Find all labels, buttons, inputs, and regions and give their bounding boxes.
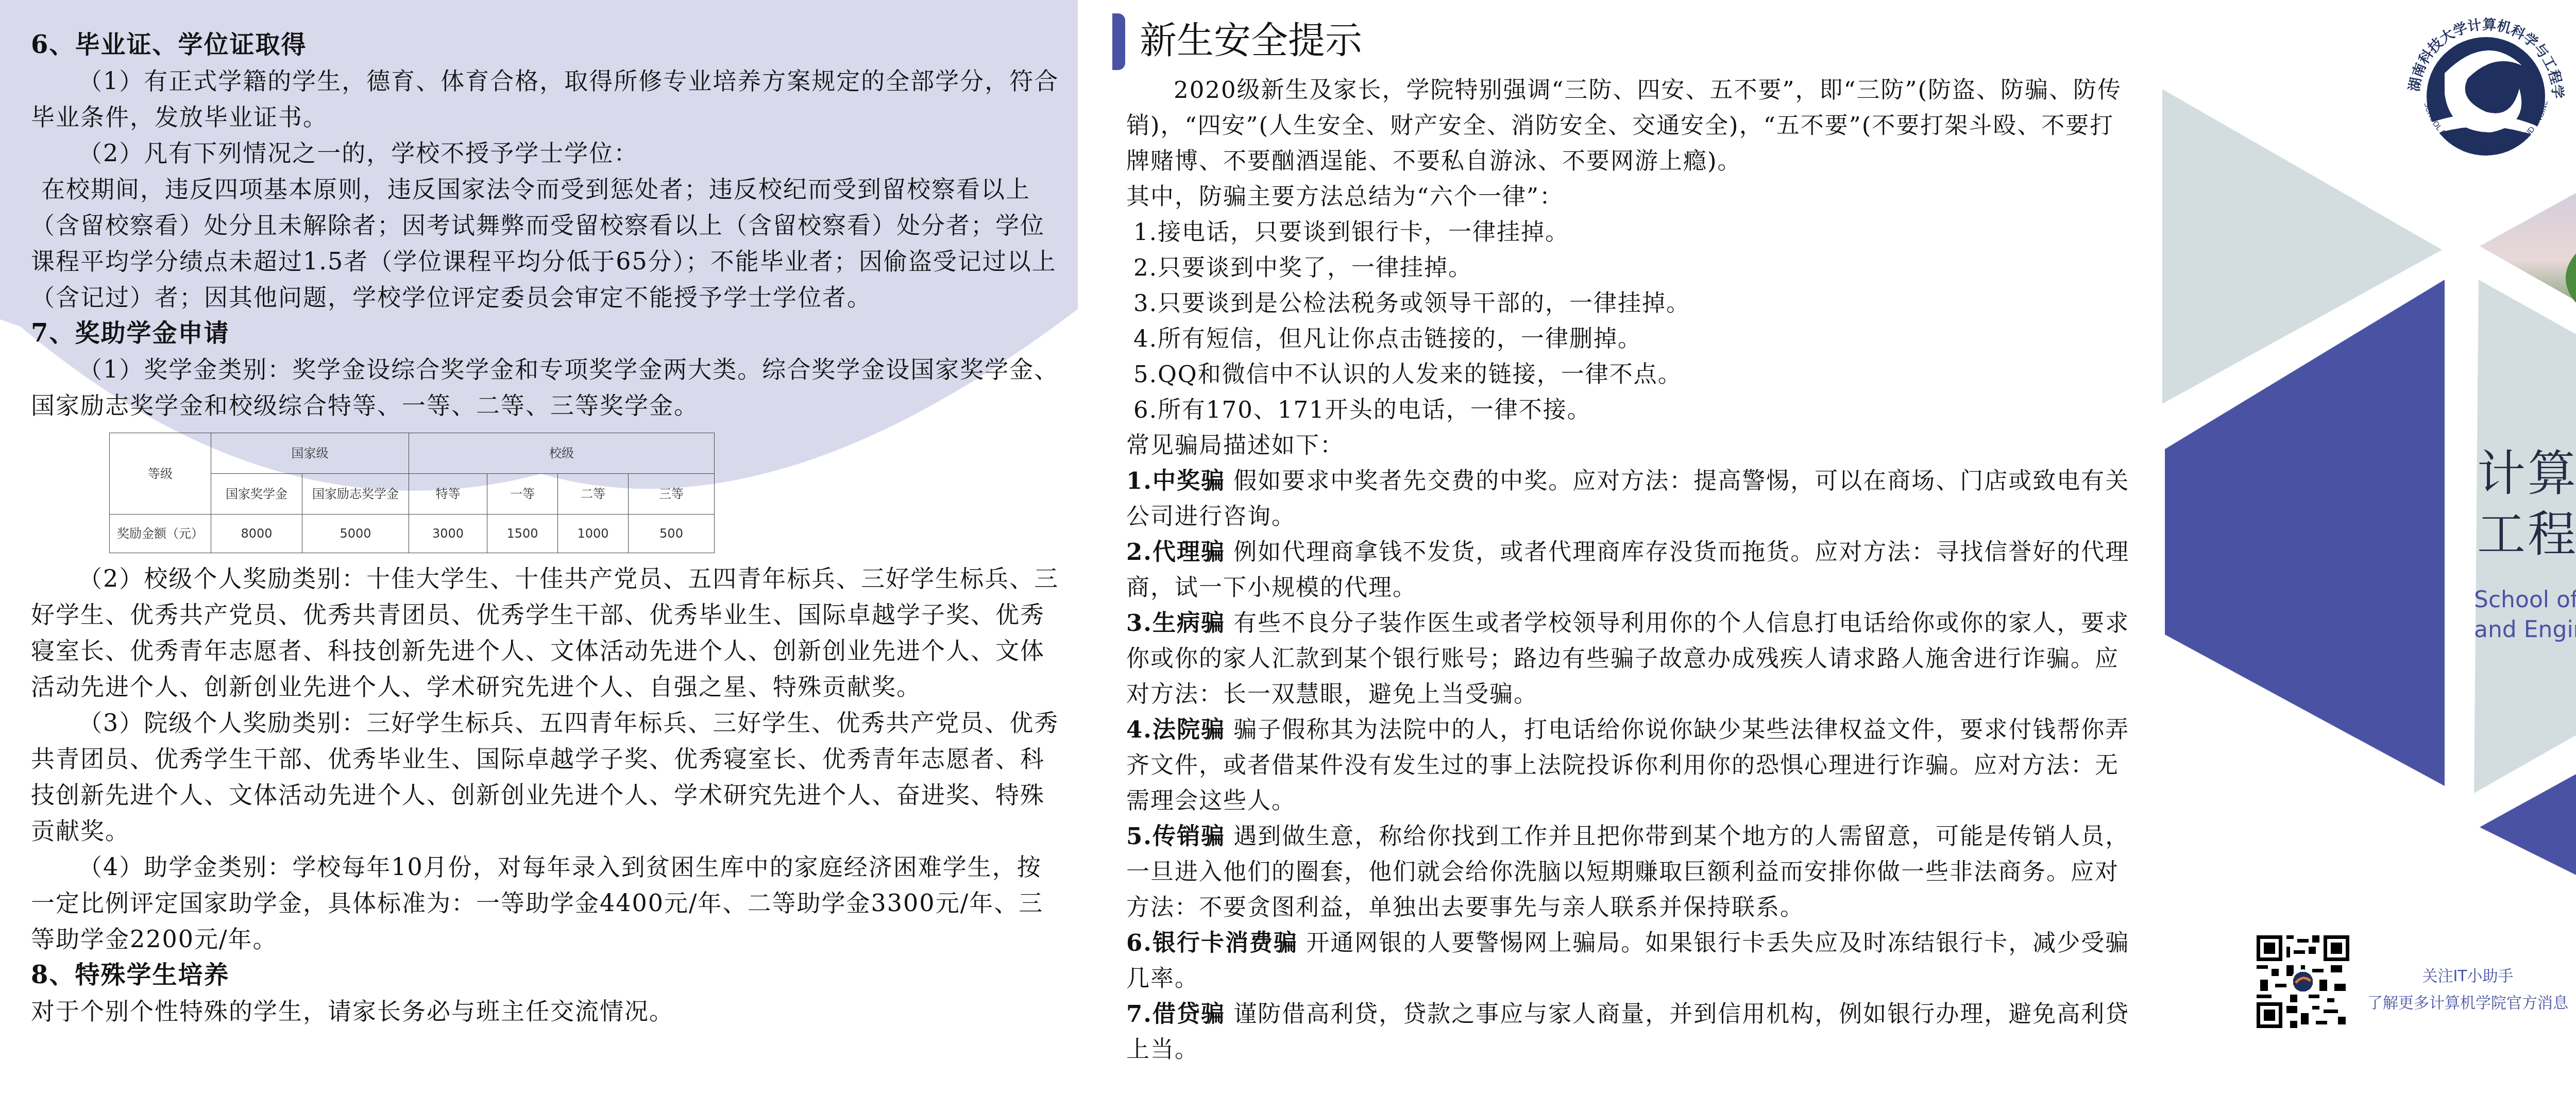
scam-item: 5.传销骗 遇到做生意，称给你找到工作并且把你带到某个地方的人需留意，可能是传销… [1126,818,2136,925]
scam-name: 2.代理骗 [1126,538,1225,566]
table-cell: 1500 [487,515,558,553]
scam-item: 3.生病骗 有些不良分子装作医生或者学校领导利用你的个人信息打电话给你或你的家人… [1126,605,2136,712]
section7-para2: （2）校级个人奖励类别：十佳大学生、十佳共产党员、五四青年标兵、三好学生标兵、三… [31,560,1061,705]
scam-name: 6.银行卡消费骗 [1126,929,1298,956]
scam-desc: 遇到做生意，称给你找到工作并且把你带到某个地方的人需留意，可能是传销人员，一旦进… [1126,823,2129,921]
school-name-cn: 计算机科学与 工程学院 [2477,444,2576,566]
table-cell: 3000 [409,515,487,553]
section6-para1: （1）有正式学籍的学生，德育、体育合格，取得所修专业培养方案规定的全部学分，符合… [31,63,1061,135]
scam-name: 1.中奖骗 [1126,467,1225,494]
scam-desc: 假如要求中奖者先交费的中奖。应对方法：提高警惕，可以在商场、门店或致电有关公司进… [1126,467,2129,530]
scam-name: 4.法院骗 [1126,716,1225,743]
scam-desc: 谨防借高利贷，贷款之事应与家人商量，并到信用机构，例如银行办理，避免高利贷上当。 [1126,1000,2129,1063]
table-col: 特等 [409,474,487,515]
scam-name: 5.传销骗 [1126,823,1225,850]
section7-para4: （4）助学金类别：学校每年10月份，对每年录入到贫困生库中的家庭经济困难学生，按… [31,849,1061,957]
table-cell: 500 [629,515,715,553]
section7-para1: （1）奖学金类别：奖学金设综合奖学金和专项奖学金两大类。综合奖学金设国家奖学金、… [31,351,1061,423]
school-name-en: School of Computer Science and Enginerin… [2474,585,2576,645]
table-col: 二等 [558,474,629,515]
section8-heading: 8、特殊学生培养 [31,957,1061,993]
scam-desc: 例如代理商拿钱不发货，或者代理商库存没货而拖货。应对方法：寻找信誉好的代理商，试… [1126,538,2129,601]
title-accent-bar [1112,13,1125,70]
list-item: 4.所有短信，但凡让你点击链接的，一律删掉。 [1126,321,2136,356]
table-cell: 8000 [211,515,302,553]
scam-item: 6.银行卡消费骗 开通网银的人要警惕网上骗局。如果银行卡丢失应及时冻结银行卡，减… [1126,925,2136,996]
qr-caption-learn-more: 了解更多计算机学院官方消息 [2360,990,2576,1013]
table-cell: 5000 [302,515,409,553]
list-item: 1.接电话，只要谈到银行卡，一律挂掉。 [1126,214,2136,250]
panel-graduation-scholarship: 6、毕业证、学位证取得 （1）有正式学籍的学生，德育、体育合格，取得所修专业培养… [0,0,1095,1095]
qr-caption-follow: 关注IT小助手 [2360,963,2576,986]
table-cell: 1000 [558,515,629,553]
list-item: 6.所有170、171开头的电话，一律不接。 [1126,392,2136,427]
list-item: 5.QQ和微信中不认识的人发来的链接，一律不点。 [1126,356,2136,392]
scam-desc: 骗子假称其为法院中的人，打电话给你说你缺少某些法律权益文件，要求付钱帮你弄齐文件… [1126,716,2129,814]
section6-para3: 在校期间，违反四项基本原则，违反国家法令而受到惩处者；违反校纪而受到留校察看以上… [31,171,1061,315]
six-rules-intro: 其中，防骗主要方法总结为“六个一律”： [1126,179,2136,214]
table-header-national: 国家级 [211,433,409,474]
scam-item: 7.借贷骗 谨防借高利贷，贷款之事应与家人商量，并到信用机构，例如银行办理，避免… [1126,996,2136,1067]
scam-name: 7.借贷骗 [1126,1000,1225,1028]
section7-para3: （3）院级个人奖励类别：三好学生标兵、五四青年标兵、三好学生、优秀共产党员、优秀… [31,705,1061,849]
table-header-school: 校级 [409,433,715,474]
scam-name: 3.生病骗 [1126,609,1225,637]
table-row: 奖励金额（元） 8000 5000 3000 1500 1000 500 [110,515,715,553]
scholarship-table: 等级 国家级 校级 国家奖学金 国家励志奖学金 特等 一等 二等 三等 奖励金额… [109,433,715,553]
safety-document-body: 2020级新生及家长，学院特别强调“三防、四安、五不要”，即“三防”(防盗、防骗… [1126,72,2136,1067]
scams-intro: 常见骗局描述如下： [1126,427,2136,463]
left-document-body: 6、毕业证、学位证取得 （1）有正式学籍的学生，德育、体育合格，取得所修专业培养… [31,27,1061,1029]
list-item: 3.只要谈到是公检法税务或领导干部的，一律挂掉。 [1126,285,2136,321]
section7-heading: 7、奖助学金申请 [31,315,1061,351]
panel-safety-tips: 新生安全提示 2020级新生及家长，学院特别强调“三防、四安、五不要”，即“三防… [1095,0,2167,1095]
table-col: 国家奖学金 [211,474,302,515]
table-col: 三等 [629,474,715,515]
panel-cover: 湖南科技大学计算机科学与工程学院 SCHOOL OF COMPUTER SCIE… [2154,0,2576,1095]
table-col: 一等 [487,474,558,515]
school-name-cn-line2: 工程学院 [2477,505,2576,566]
qr-code-icon[interactable] [2257,935,2349,1028]
table-amount-label: 奖励金额（元） [110,515,211,553]
section6-heading: 6、毕业证、学位证取得 [31,27,1061,63]
scam-item: 2.代理骗 例如代理商拿钱不发货，或者代理商库存没货而拖货。应对方法：寻找信誉好… [1126,534,2136,605]
section6-para2: （2）凡有下列情况之一的，学校不授予学士学位： [31,135,1061,171]
list-item: 2.只要谈到中奖了，一律挂掉。 [1126,250,2136,285]
school-logo-icon: 湖南科技大学计算机科学与工程学院 SCHOOL OF COMPUTER SCIE… [2401,11,2571,181]
table-col: 国家励志奖学金 [302,474,409,515]
scam-item: 4.法院骗 骗子假称其为法院中的人，打电话给你说你缺少某些法律权益文件，要求付钱… [1126,712,2136,818]
school-name-en-line2: and Enginering [2474,615,2576,645]
section8-para1: 对于个别个性特殊的学生，请家长务必与班主任交流情况。 [31,993,1061,1029]
school-name-cn-line1: 计算机科学与 [2477,444,2576,505]
scam-item: 1.中奖骗 假如要求中奖者先交费的中奖。应对方法：提高警惕，可以在商场、门店或致… [1126,463,2136,534]
school-name-en-line1: School of Computer Science [2474,585,2576,615]
table-header-grade: 等级 [110,433,211,515]
safety-intro: 2020级新生及家长，学院特别强调“三防、四安、五不要”，即“三防”(防盗、防骗… [1126,72,2136,179]
scam-desc: 有些不良分子装作医生或者学校领导利用你的个人信息打电话给你或你的家人，要求你或你… [1126,609,2129,708]
page-title: 新生安全提示 [1140,14,1362,66]
